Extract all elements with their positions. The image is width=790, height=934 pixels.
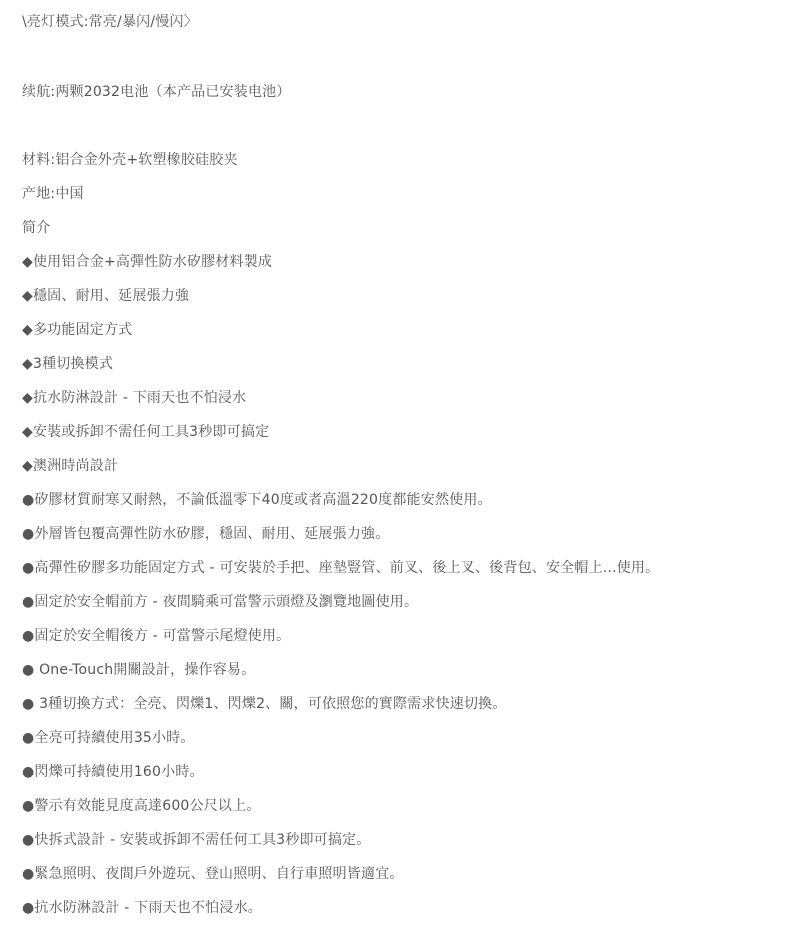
spec-battery: 续航:两颗2032电池（本产品已安装电池） [22, 82, 291, 102]
feature-item: ◆穩固、耐用、延展張力強 [22, 286, 189, 306]
feature-item: ◆多功能固定方式 [22, 320, 132, 340]
detail-item: ●固定於安全帽前方 - 夜間騎乘可當警示頭燈及瀏覽地圖使用。 [22, 592, 418, 612]
feature-item: ◆3種切換模式 [22, 354, 113, 374]
detail-item: ●閃爍可持續使用160小時。 [22, 762, 204, 782]
detail-item: ●外層皆包覆高彈性防水矽膠，穩固、耐用、延展張力強。 [22, 524, 389, 544]
intro-heading: 简介 [22, 218, 50, 238]
detail-item: ●全亮可持續使用35小時。 [22, 728, 195, 748]
feature-item: ◆澳洲時尚設計 [22, 456, 118, 476]
detail-item: ●抗水防淋設計 - 下雨天也不怕浸水。 [22, 898, 262, 918]
detail-item: ●高彈性矽膠多功能固定方式 - 可安裝於手把、座墊豎管、前叉、後上叉、後背包、安… [22, 558, 659, 578]
detail-item: ● One-Touch開關設計，操作容易。 [22, 660, 255, 680]
feature-item: ◆抗水防淋設計 - 下雨天也不怕浸水 [22, 388, 246, 408]
detail-item: ●緊急照明、夜間戶外遊玩、登山照明、自行車照明皆適宜。 [22, 864, 404, 884]
feature-item: ◆安裝或拆卸不需任何工具3秒即可搞定 [22, 422, 269, 442]
detail-item: ●警示有效能見度高達600公尺以上。 [22, 796, 261, 816]
spec-material: 材料:铝合金外壳+软塑橡胶硅胶夹 [22, 150, 238, 170]
spec-origin: 产地:中国 [22, 184, 84, 204]
detail-item: ●固定於安全帽後方 - 可當警示尾燈使用。 [22, 626, 290, 646]
detail-item: ●矽膠材質耐寒又耐熱，不論低溫零下40度或者高溫220度都能安然使用。 [22, 490, 492, 510]
detail-item: ● 3種切換方式：全亮、閃爍1、閃爍2、關，可依照您的實際需求快速切換。 [22, 694, 507, 714]
feature-item: ◆使用铝合金+高彈性防水矽膠材料製成 [22, 252, 272, 272]
detail-item: ●快拆式設計 - 安裝或拆卸不需任何工具3秒即可搞定。 [22, 830, 370, 850]
spec-light-mode: \亮灯模式:常亮/暴闪/慢闪〉 [22, 12, 198, 32]
